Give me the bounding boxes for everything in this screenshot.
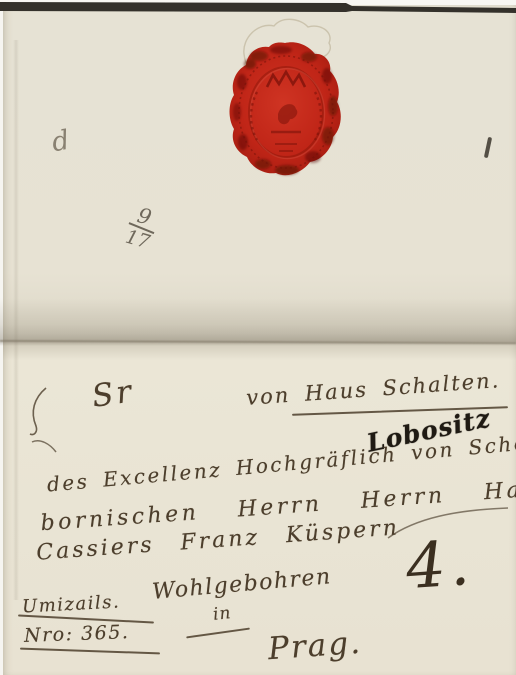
wax-seal-crown-icon [225,40,349,182]
left-crease [13,40,19,600]
honorific: Sr [90,373,137,415]
red-wax-seal [225,40,349,182]
fold-crease-shading [0,298,516,346]
docket-number: Nro: 365. [24,621,130,647]
ink-flourish-left [26,386,62,456]
postal-rate-mark: 4. [404,526,476,604]
destination-city: Prag. [267,625,363,667]
scanned-letter: d 9 17 Sr von Haus Schalten. Lobositz de… [0,0,516,675]
destination-preposition: in [212,603,232,625]
